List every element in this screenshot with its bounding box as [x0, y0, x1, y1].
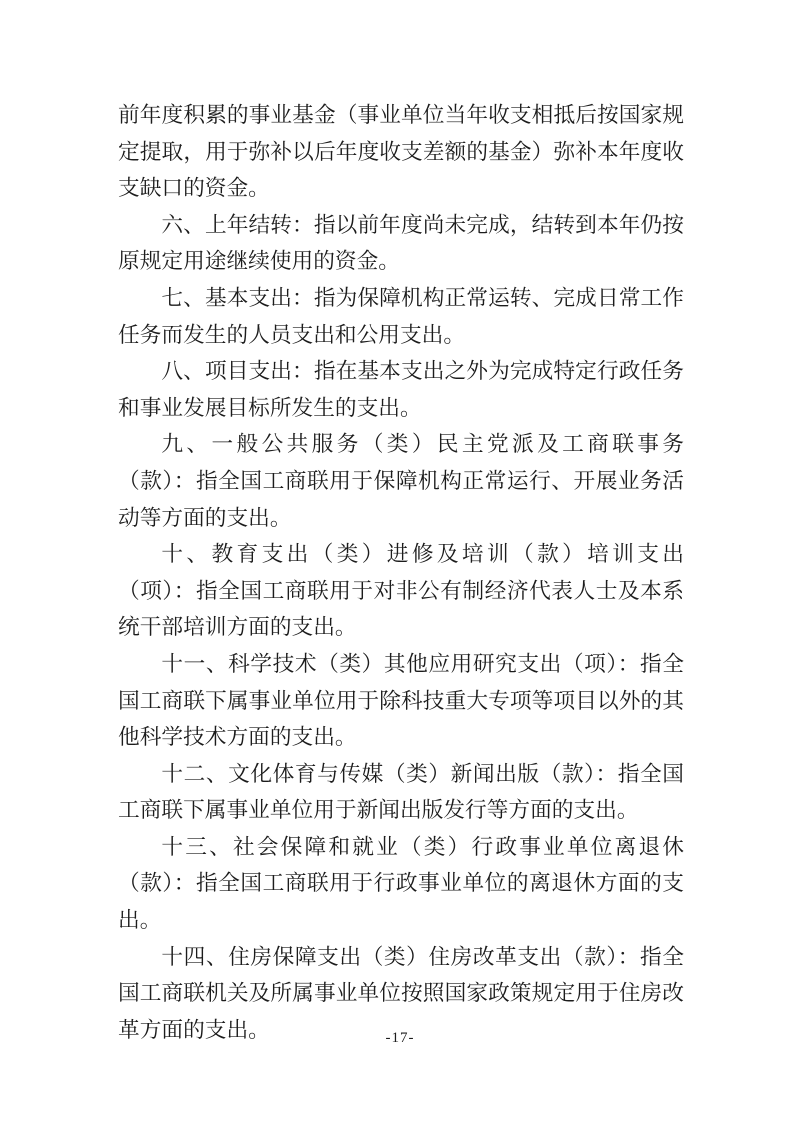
page-number: -17-: [0, 1030, 800, 1047]
paragraph: 九、一般公共服务（类）民主党派及工商联事务（款）：指全国工商联用于保障机构正常运…: [118, 426, 684, 536]
paragraph: 十二、文化体育与传媒（类）新闻出版（款）：指全国工商联下属事业单位用于新闻出版发…: [118, 756, 684, 829]
paragraph: 七、基本支出：指为保障机构正常运转、完成日常工作任务而发生的人员支出和公用支出。: [118, 280, 684, 353]
paragraph: 十一、科学技术（类）其他应用研究支出（项）：指全国工商联下属事业单位用于除科技重…: [118, 646, 684, 756]
document-body: 前年度积累的事业基金（事业单位当年收支相抵后按国家规定提取，用于弥补以后年度收支…: [118, 97, 684, 1048]
paragraph: 前年度积累的事业基金（事业单位当年收支相抵后按国家规定提取，用于弥补以后年度收支…: [118, 97, 684, 207]
paragraph: 十三、社会保障和就业（类）行政事业单位离退休（款）：指全国工商联用于行政事业单位…: [118, 829, 684, 939]
paragraph: 十、教育支出（类）进修及培训（款）培训支出（项）：指全国工商联用于对非公有制经济…: [118, 536, 684, 646]
paragraph: 八、项目支出：指在基本支出之外为完成特定行政任务和事业发展目标所发生的支出。: [118, 353, 684, 426]
paragraph: 六、上年结转：指以前年度尚未完成，结转到本年仍按原规定用途继续使用的资金。: [118, 207, 684, 280]
document-page: 前年度积累的事业基金（事业单位当年收支相抵后按国家规定提取，用于弥补以后年度收支…: [0, 0, 800, 1131]
